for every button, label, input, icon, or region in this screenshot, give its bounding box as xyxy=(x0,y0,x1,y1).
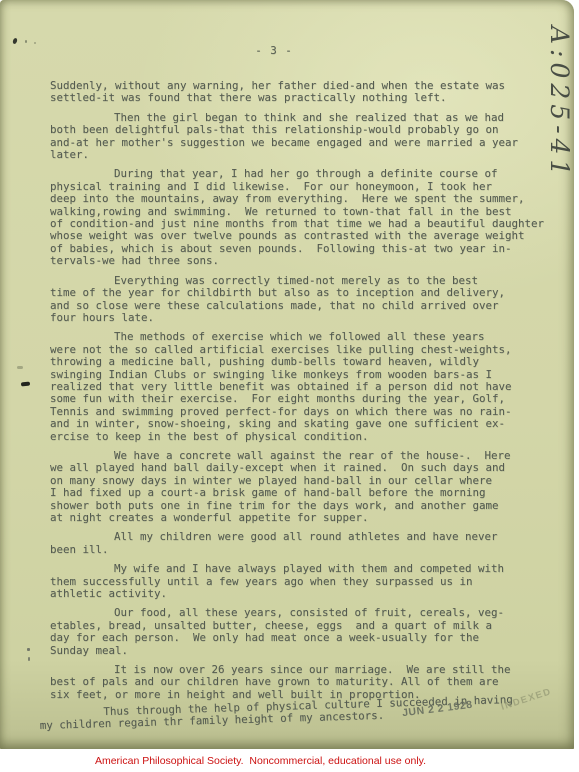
page-number: - 3 - xyxy=(244,44,304,57)
typed-line: Our food, all these years, consisted of … xyxy=(50,607,550,619)
footer-watermark-text: American Philosophical Society. Noncomme… xyxy=(95,755,426,767)
typed-line: My wife and I have always played with th… xyxy=(50,563,550,575)
typed-line: I had fixed up a court-a brisk game of h… xyxy=(50,487,550,499)
typed-line: ercise to keep in the best of physical c… xyxy=(50,431,550,443)
margin-mark xyxy=(17,366,23,369)
ink-speck xyxy=(12,37,18,44)
ink-speck xyxy=(25,40,27,43)
paragraph: Our food, all these years, consisted of … xyxy=(50,607,550,657)
paragraph: My wife and I have always played with th… xyxy=(50,563,550,600)
paragraph: Then the girl began to think and she rea… xyxy=(50,112,550,162)
typed-line: four hours late. xyxy=(50,312,550,324)
typed-line: tervals-we had three sons. xyxy=(50,255,550,267)
typed-line: athletic activity. xyxy=(50,588,550,600)
margin-mark xyxy=(21,382,30,387)
typed-line: All my children were good all round athl… xyxy=(50,531,550,543)
typed-line: deep into the mountains, away from every… xyxy=(50,193,550,205)
typed-line: whose weight was over twelve pounds as c… xyxy=(50,230,550,242)
typed-line: been ill. xyxy=(50,544,550,556)
typed-line: settled-it was found that there was prac… xyxy=(50,92,550,104)
margin-mark xyxy=(27,648,30,651)
footer-watermark-bar: American Philosophical Society. Noncomme… xyxy=(0,749,579,772)
typed-line: some fun with their exercise. For eight … xyxy=(50,393,550,405)
typed-line: both been delightful pals-that this rela… xyxy=(50,124,550,136)
typed-line: day for each person. We only had meat on… xyxy=(50,632,550,644)
typed-line: and-at her mother's suggestion we became… xyxy=(50,137,550,149)
paragraph: The methods of exercise which we followe… xyxy=(50,331,550,443)
scanned-page: - 3 - Suddenly, without any warning, her… xyxy=(0,0,574,750)
paragraph: We have a concrete wall against the rear… xyxy=(50,450,550,524)
archival-code-handwritten: A:025-41 xyxy=(545,26,574,180)
typed-line: throwing a medicine ball, pushing dumb-b… xyxy=(50,356,550,368)
typed-line: time of the year for childbirth but also… xyxy=(50,287,550,299)
typed-line: at night creates a wonderful appetite fo… xyxy=(50,512,550,524)
typed-line: The methods of exercise which we followe… xyxy=(50,331,550,343)
typed-line: Sunday meal. xyxy=(50,645,550,657)
scan-viewer: - 3 - Suddenly, without any warning, her… xyxy=(0,0,579,772)
typed-line: later. xyxy=(50,149,550,161)
ink-speck xyxy=(34,42,36,44)
typed-body: Suddenly, without any warning, her fathe… xyxy=(50,80,550,733)
paragraph: Everything was correctly timed-not merel… xyxy=(50,275,550,325)
margin-mark xyxy=(28,657,30,661)
typed-line: During that year, I had her go through a… xyxy=(50,168,550,180)
typed-line: we all played hand ball daily-except whe… xyxy=(50,462,550,474)
paragraph: During that year, I had her go through a… xyxy=(50,168,550,267)
paragraph: Suddenly, without any warning, her fathe… xyxy=(50,80,550,105)
typed-line: best of pals and our children have grown… xyxy=(50,676,550,688)
typed-line: and in winter, snow-shoeing, sking and s… xyxy=(50,418,550,430)
paragraph: All my children were good all round athl… xyxy=(50,531,550,556)
